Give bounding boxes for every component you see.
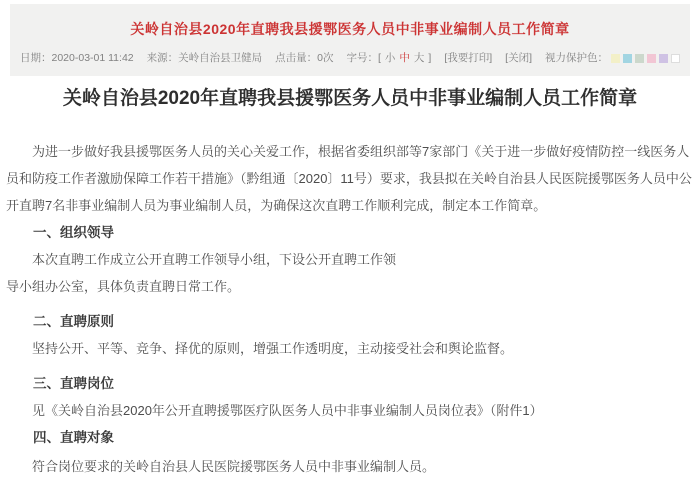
intro-paragraph: 为进一步做好我县援鄂医务人员的关心关爱工作，根据省委组织部等7家部门《关于进一步… (6, 138, 694, 219)
section-heading: 四、直聘对象 (6, 424, 694, 451)
section-heading: 二、直聘原则 (6, 308, 694, 335)
section-paragraph: 符合岗位要求的关岭自治县人民医院援鄂医务人员中非事业编制人员。 (6, 453, 694, 480)
font-size-bracket-close: ] (428, 51, 431, 65)
color-swatch-blue[interactable] (623, 54, 632, 63)
eye-protection-color-label: 视力保护色： (545, 51, 608, 65)
section-paragraph: 见《关岭自治县2020年公开直聘援鄂医疗队医务人员中非事业编制人员岗位表》（附件… (6, 397, 694, 424)
section-hiring-positions: 三、直聘岗位 见《关岭自治县2020年公开直聘援鄂医疗队医务人员中非事业编制人员… (6, 370, 694, 424)
section-organization-leadership: 一、组织领导 本次直聘工作成立公开直聘工作领导小组，下设公开直聘工作领 导小组办… (6, 219, 694, 300)
meta-date: 日期：2020-03-01 11:42 (20, 51, 134, 65)
color-swatch-gray[interactable] (635, 54, 644, 63)
close-button[interactable]: [关闭] (505, 51, 532, 65)
meta-source: 来源：关岭自治县卫健局 (147, 51, 263, 65)
eye-protection-color-picker: 视力保护色： (545, 51, 680, 65)
color-swatch-white[interactable] (671, 54, 680, 63)
color-swatch-pink[interactable] (647, 54, 656, 63)
font-size-label: 字号：[ (346, 51, 380, 65)
print-button[interactable]: [我要打印] (444, 51, 492, 65)
color-swatch-yellow[interactable] (611, 54, 620, 63)
color-swatch-purple[interactable] (659, 54, 668, 63)
font-size-selector: 字号：[ 小 中 大 ] (346, 51, 431, 65)
font-size-small-button[interactable]: 小 (385, 51, 396, 65)
section-heading: 一、组织领导 (6, 219, 694, 246)
meta-bar: 日期：2020-03-01 11:42 来源：关岭自治县卫健局 点击量：0次 字… (10, 51, 690, 65)
meta-hit-count: 点击量：0次 (275, 51, 333, 65)
font-size-medium-button[interactable]: 中 (399, 51, 410, 65)
font-size-large-button[interactable]: 大 (414, 51, 425, 65)
section-paragraph: 坚持公开、平等、竞争、择优的原则，增强工作透明度，主动接受社会和舆论监督。 (6, 335, 694, 362)
section-hiring-targets: 四、直聘对象 符合岗位要求的关岭自治县人民医院援鄂医务人员中非事业编制人员。 (6, 424, 694, 480)
section-paragraph: 本次直聘工作成立公开直聘工作领导小组，下设公开直聘工作领 导小组办公室，具体负责… (6, 246, 694, 300)
section-hiring-principles: 二、直聘原则 坚持公开、平等、竞争、择优的原则，增强工作透明度，主动接受社会和舆… (6, 308, 694, 362)
article-header: 关岭自治县2020年直聘我县援鄂医务人员中非事业编制人员工作简章 日期：2020… (10, 4, 690, 76)
section-heading: 三、直聘岗位 (6, 370, 694, 397)
page-title-red: 关岭自治县2020年直聘我县援鄂医务人员中非事业编制人员工作简章 (10, 19, 690, 39)
article-body: 关岭自治县2020年直聘我县援鄂医务人员中非事业编制人员工作简章 为进一步做好我… (0, 86, 700, 480)
article-title: 关岭自治县2020年直聘我县援鄂医务人员中非事业编制人员工作简章 (6, 86, 694, 112)
